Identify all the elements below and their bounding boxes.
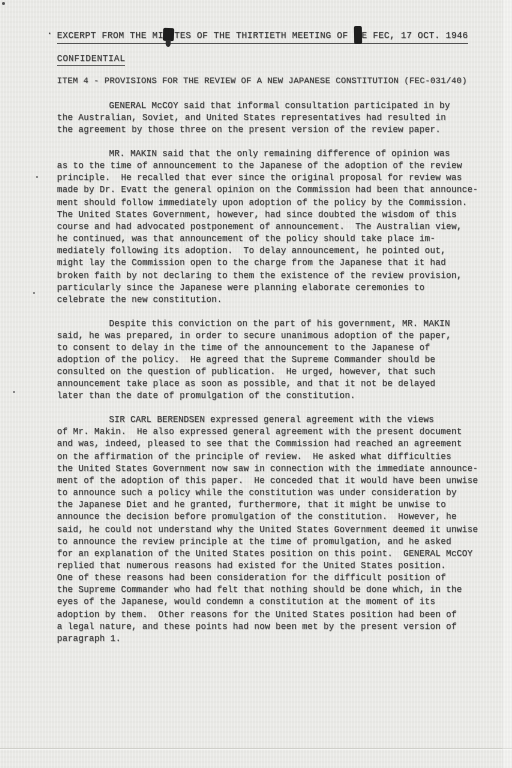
document-header: .EXCERPT FROM THE MITES OF THE THIRTIETH… [57,26,494,87]
paragraph-makin-concession: Despite this conviction on the part of h… [57,318,494,403]
scan-speck [33,292,35,294]
paragraph-general-mccoy: GENERAL McCOY said that informal consult… [57,100,494,136]
document-page: .EXCERPT FROM THE MITES OF THE THIRTIETH… [0,0,512,657]
title-text-segment: E FEC, 17 OCT. 1946 [362,31,468,41]
page-edge-line [0,748,512,749]
paragraph-sir-carl-berendsen: SIR CARL BERENDSEN expressed general agr… [57,414,494,645]
scanned-document: .EXCERPT FROM THE MITES OF THE THIRTIETH… [0,0,512,768]
scan-speck [13,391,15,393]
title-text-segment: EXCERPT FROM THE MI [57,31,163,41]
scan-speck [36,176,38,178]
ink-blot-icon [163,28,174,41]
document-body: GENERAL McCOY said that informal consult… [57,100,494,645]
paragraph-mr-makin: MR. MAKIN said that the only remaining d… [57,148,494,306]
scan-speck [2,2,5,5]
title-text-segment: TES OF THE THIRTIETH MEETING OF [174,31,353,41]
paper-right-edge [502,0,512,768]
item-heading: ITEM 4 - PROVISIONS FOR THE REVIEW OF A … [57,75,494,87]
classification-label: CONFIDENTIAL [57,54,125,66]
classification-line: CONFIDENTIAL [57,53,494,65]
stray-period-mark: . [47,26,53,39]
document-title: .EXCERPT FROM THE MITES OF THE THIRTIETH… [57,26,494,44]
ink-blot-icon [353,26,361,44]
